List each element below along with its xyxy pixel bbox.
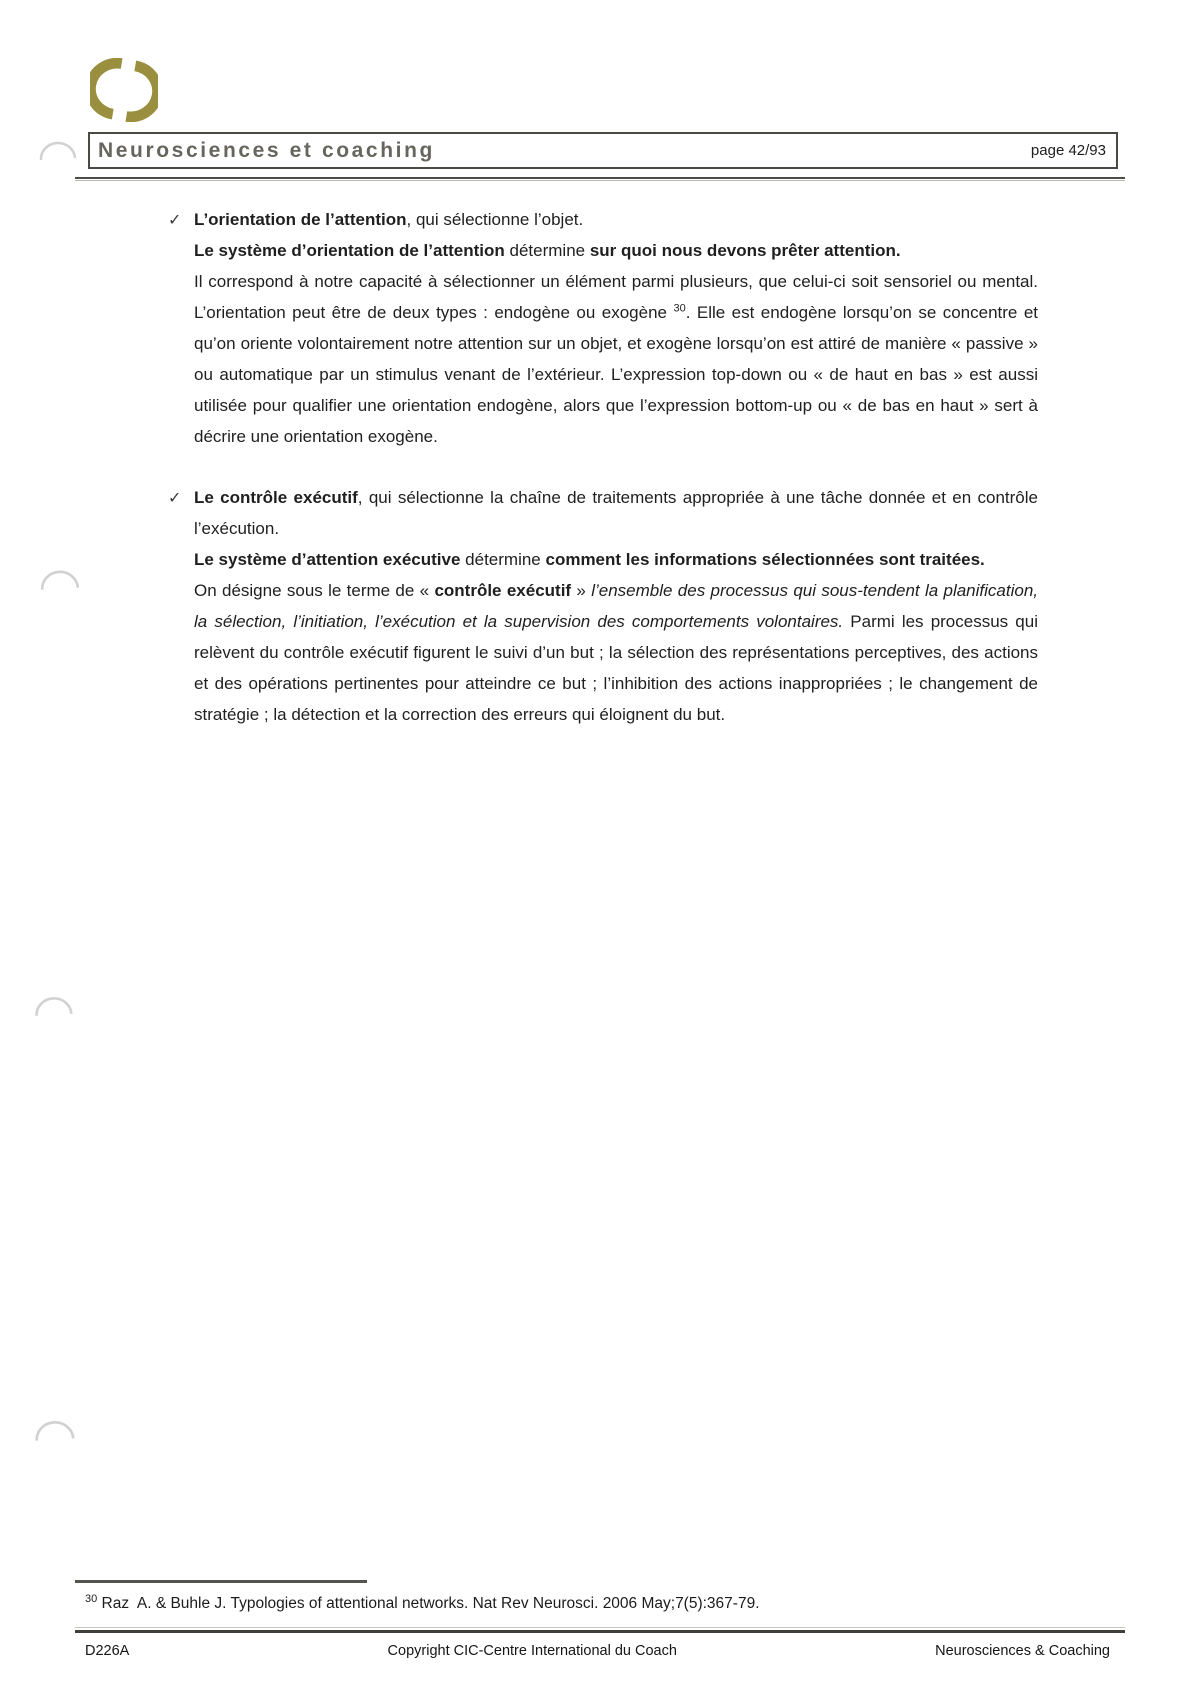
footer-copyright: Copyright CIC-Centre International du Co…: [388, 1643, 677, 1659]
document-page: Neurosciences et coaching page 42/93 ✓ L…: [0, 0, 1190, 1683]
binder-ring-artifact: [31, 980, 77, 1023]
check-icon: ✓: [168, 482, 194, 513]
content-area: ✓ L’orientation de l’attention, qui séle…: [168, 204, 1038, 730]
footer-doc-code: D226A: [85, 1643, 129, 1659]
header-bar: Neurosciences et coaching page 42/93: [88, 132, 1118, 169]
footer-course-title: Neurosciences & Coaching: [935, 1643, 1110, 1659]
binder-ring-artifact: [36, 126, 80, 168]
check-icon: ✓: [168, 204, 194, 235]
bullet-body: On désigne sous le terme de « contrôle e…: [194, 575, 1038, 730]
logo-left-arc: [90, 63, 121, 114]
logo-right-arc: [126, 66, 157, 117]
footnote: 30 Raz A. & Buhle J. Typologies of atten…: [85, 1591, 1085, 1617]
footer-divider: [75, 1630, 1125, 1633]
bullet-item-controle-executif: ✓ Le contrôle exécutif, qui sélectionne …: [168, 482, 1038, 730]
binder-ring-artifact: [31, 1402, 79, 1447]
bullet-item-orientation: ✓ L’orientation de l’attention, qui séle…: [168, 204, 1038, 452]
footer: D226A Copyright CIC-Centre International…: [85, 1643, 1110, 1659]
bullet-text: Le contrôle exécutif, qui sélectionne la…: [194, 482, 1038, 730]
bullet-lead: Le système d’orientation de l’attention …: [194, 235, 1038, 266]
bullet-body: Il correspond à notre capacité à sélecti…: [194, 266, 1038, 452]
page-number: page 42/93: [1031, 142, 1106, 159]
bullet-text: L’orientation de l’attention, qui sélect…: [194, 204, 1038, 452]
cic-ring-logo-icon: [90, 58, 158, 122]
footnote-separator: [75, 1580, 367, 1583]
bullet-intro: Le contrôle exécutif, qui sélectionne la…: [194, 482, 1038, 544]
bullet-lead: Le système d’attention exécutive détermi…: [194, 544, 1038, 575]
binder-ring-artifact: [36, 552, 84, 596]
bullet-intro: L’orientation de l’attention, qui sélect…: [194, 204, 1038, 235]
page-title: Neurosciences et coaching: [98, 139, 435, 163]
header-divider: [75, 177, 1125, 179]
